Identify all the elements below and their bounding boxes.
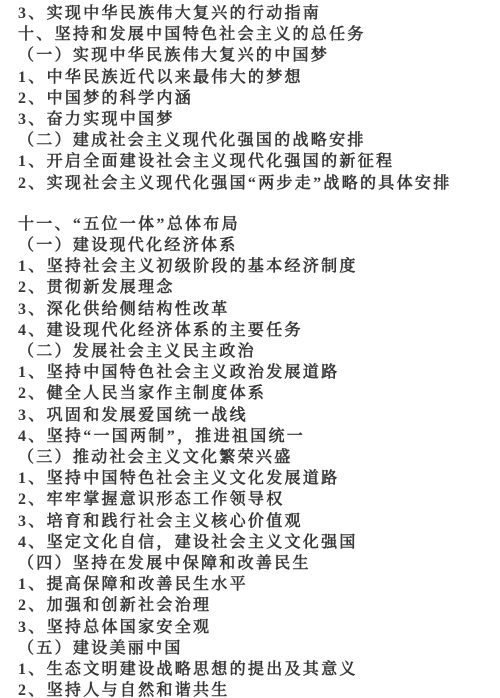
toc-line: （一）实现中华民族伟大复兴的中国梦 bbox=[18, 45, 490, 66]
toc-line: 1、中华民族近代以来最伟大的梦想 bbox=[18, 67, 490, 88]
chapter-10-section: 3、实现中华民族伟大复兴的行动指南十、坚持和发展中国特色社会主义的总任务（一）实… bbox=[18, 3, 490, 194]
toc-line: （三）推动社会主义文化繁荣兴盛 bbox=[18, 447, 490, 468]
toc-line: （二）建成社会主义现代化强国的战略安排 bbox=[18, 130, 490, 151]
toc-line: 2、健全人民当家作主制度体系 bbox=[18, 383, 490, 404]
toc-line: 2、实现社会主义现代化强国“两步走”战略的具体安排 bbox=[18, 173, 490, 194]
toc-line: 1、生态文明建设战略思想的提出及其意义 bbox=[18, 659, 490, 680]
toc-line: 3、培育和践行社会主义核心价值观 bbox=[18, 511, 490, 532]
toc-line: 2、贯彻新发展理念 bbox=[18, 277, 490, 298]
toc-line: （二）发展社会主义民主政治 bbox=[18, 341, 490, 362]
toc-line: （五）建设美丽中国 bbox=[18, 638, 490, 659]
toc-line: （一）建设现代化经济体系 bbox=[18, 235, 490, 256]
document-page: 3、实现中华民族伟大复兴的行动指南十、坚持和发展中国特色社会主义的总任务（一）实… bbox=[0, 0, 500, 698]
toc-line: 2、加强和创新社会治理 bbox=[18, 595, 490, 616]
toc-line: 4、建设现代化经济体系的主要任务 bbox=[18, 320, 490, 341]
toc-line: 3、巩固和发展爱国统一战线 bbox=[18, 405, 490, 426]
toc-line: 4、坚定文化自信，建设社会主义文化强国 bbox=[18, 532, 490, 553]
toc-line: 2、牢牢掌握意识形态工作领导权 bbox=[18, 489, 490, 510]
toc-line: 十一、“五位一体”总体布局 bbox=[18, 214, 490, 235]
toc-line: 1、坚持中国特色社会主义政治发展道路 bbox=[18, 362, 490, 383]
toc-line: 2、坚持人与自然和谐共生 bbox=[18, 680, 490, 698]
toc-line: 3、奋力实现中国梦 bbox=[18, 109, 490, 130]
chapter-11-section: 十一、“五位一体”总体布局（一）建设现代化经济体系1、坚持社会主义初级阶段的基本… bbox=[18, 214, 490, 698]
toc-line: 十、坚持和发展中国特色社会主义的总任务 bbox=[18, 24, 490, 45]
toc-line: 1、开启全面建设社会主义现代化强国的新征程 bbox=[18, 151, 490, 172]
toc-line: 1、坚持中国特色社会主义文化发展道路 bbox=[18, 468, 490, 489]
toc-line: （四）坚持在发展中保障和改善民生 bbox=[18, 553, 490, 574]
toc-line: 2、中国梦的科学内涵 bbox=[18, 88, 490, 109]
toc-line: 4、坚持“一国两制”，推进祖国统一 bbox=[18, 426, 490, 447]
toc-line: 1、坚持社会主义初级阶段的基本经济制度 bbox=[18, 256, 490, 277]
toc-line: 1、提高保障和改善民生水平 bbox=[18, 574, 490, 595]
toc-line: 3、坚持总体国家安全观 bbox=[18, 617, 490, 638]
toc-line: 3、实现中华民族伟大复兴的行动指南 bbox=[18, 3, 490, 24]
toc-line: 3、深化供给侧结构性改革 bbox=[18, 299, 490, 320]
